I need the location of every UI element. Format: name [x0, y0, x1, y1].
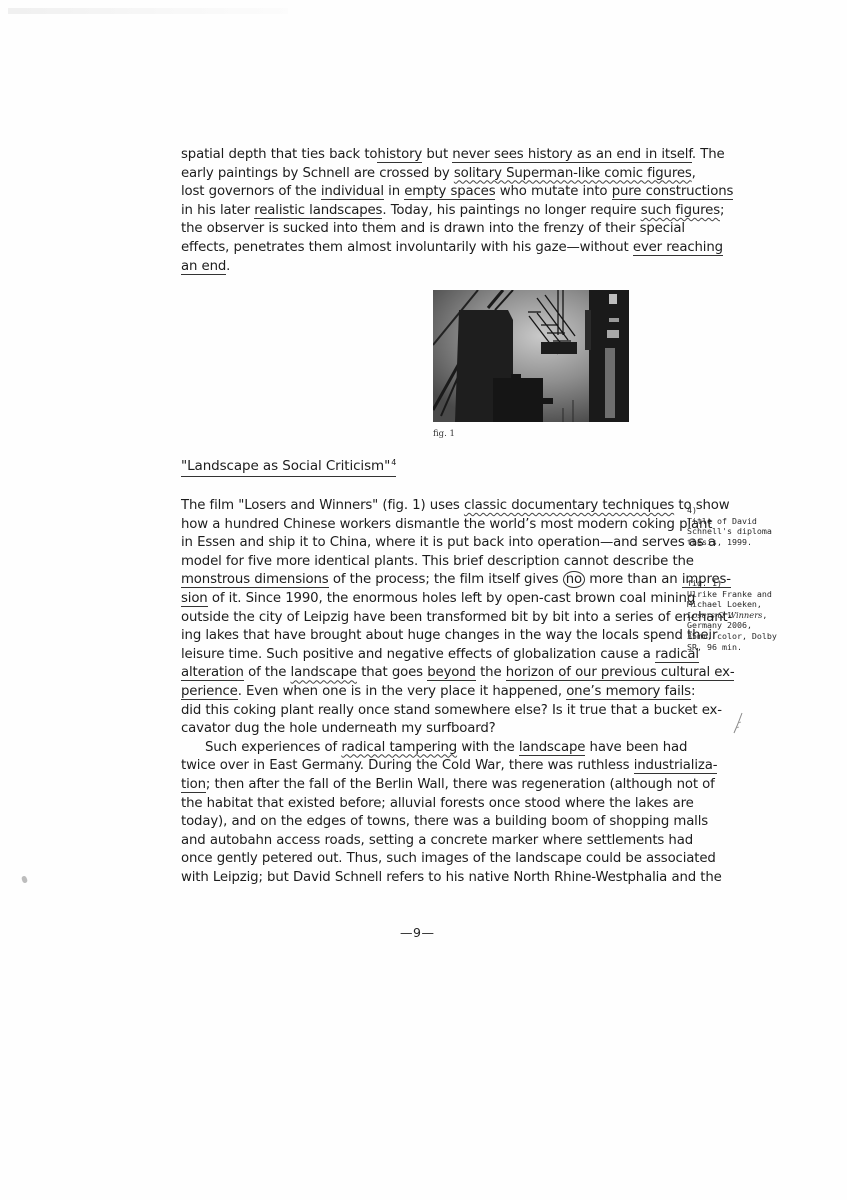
pencil-underline: industrializa- [634, 758, 718, 774]
pencil-wavy-underline: solitary Superman-like comic figures [454, 166, 692, 181]
coking-plant-photo-icon [433, 290, 629, 422]
text-line: the observer is sucked into them and is … [181, 220, 667, 239]
text-line: today), and on the edges of towns, there… [181, 813, 667, 832]
text-line: perience. Even when one is in the very p… [181, 683, 667, 702]
pencil-underline: sion [181, 591, 208, 607]
film-title: Losers & Winners [687, 610, 762, 620]
pencil-underline: one’s memory fails [566, 684, 691, 700]
figure-caption: fig. 1 [433, 429, 455, 439]
text-line: Such experiences of radical tampering wi… [181, 739, 667, 758]
pencil-wavy-underline: such figures [641, 203, 720, 218]
text-line: and autobahn access roads, setting a con… [181, 832, 667, 851]
pencil-underline: never sees history as an end in itself [452, 147, 692, 163]
pencil-circle-mark: no [563, 571, 585, 588]
text-line: how a hundred Chinese workers dismantle … [181, 516, 667, 535]
text-line: in his later realistic landscapes. Today… [181, 202, 667, 221]
pencil-underline: ever reaching [633, 240, 723, 256]
pencil-underline: landscape [519, 740, 585, 756]
pencil-underline: horizon of our previous cultural ex- [506, 665, 735, 681]
paragraph: The film "Losers and Winners" (fig. 1) u… [181, 497, 667, 887]
text-line: alteration of the landscape that goes be… [181, 664, 667, 683]
text-line: spatial depth that ties back tohistory b… [181, 146, 667, 165]
text-line: once gently petered out. Thus, such imag… [181, 850, 667, 869]
body-text-block-1: spatial depth that ties back tohistory b… [181, 146, 667, 276]
text-line: leisure time. Such positive and negative… [181, 646, 667, 665]
pencil-underline: empty spaces [404, 184, 495, 200]
pencil-underline: beyond [427, 665, 476, 681]
page-number: —9— [400, 925, 434, 940]
sidenote-fig-1: fig. 1) Ulrike Franke and Michael Loeken… [687, 578, 777, 652]
sidenote-footnote-4: 4) Title of David Schnell's diploma thes… [687, 505, 772, 547]
text-line: lost governors of the individual in empt… [181, 183, 667, 202]
text-line: The film "Losers and Winners" (fig. 1) u… [181, 497, 667, 516]
document-page: spatial depth that ties back tohistory b… [0, 0, 847, 1200]
scan-speck [21, 875, 28, 883]
text-line: cavator dug the hole underneath my surfb… [181, 720, 667, 739]
body-text-block-2: The film "Losers and Winners" (fig. 1) u… [181, 497, 667, 887]
text-line: tion; then after the fall of the Berlin … [181, 776, 667, 795]
pencil-underline: an end [181, 259, 226, 275]
pencil-underline: tion [181, 777, 206, 793]
pencil-underline: individual [321, 184, 384, 200]
footnote-ref: 4 [391, 458, 396, 467]
pencil-underline: perience [181, 684, 238, 700]
text-line: sion of it. Since 1990, the enormous hol… [181, 590, 667, 609]
section-heading: "Landscape as Social Criticism"4 [181, 458, 396, 477]
pencil-wavy-underline: classic documentary techniques [464, 498, 674, 513]
pencil-wavy-underline: landscape [291, 665, 357, 680]
pencil-scribble-icon [733, 712, 743, 734]
text-line: model for five more identical plants. Th… [181, 553, 667, 572]
sidenote-label: fig. 1) [687, 578, 722, 588]
pencil-underline: monstrous dimensions [181, 572, 329, 588]
text-line: early paintings by Schnell are crossed b… [181, 165, 667, 184]
text-line: monstrous dimensions of the process; the… [181, 571, 667, 590]
pencil-wavy-underline: radical tampering [341, 740, 457, 755]
figure-photo [433, 290, 629, 422]
text-line: an end. [181, 258, 667, 277]
text-line: ing lakes that have brought about huge c… [181, 627, 667, 646]
text-line: in Essen and ship it to China, where it … [181, 534, 667, 553]
text-line: did this coking plant really once stand … [181, 702, 667, 721]
text-line: with Leipzig; but David Schnell refers t… [181, 869, 667, 888]
sidenote-label: 4) [687, 505, 697, 515]
text-line: twice over in East Germany. During the C… [181, 757, 667, 776]
scan-showthrough [8, 8, 288, 14]
text-line: outside the city of Leipzig have been tr… [181, 609, 667, 628]
pencil-underline: alteration [181, 665, 244, 681]
pencil-underline: realistic landscapes [254, 203, 382, 219]
pencil-underline: pure constructions [612, 184, 734, 200]
text-line: the habitat that existed before; alluvia… [181, 795, 667, 814]
paragraph: spatial depth that ties back tohistory b… [181, 146, 667, 276]
text-line: effects, penetrates them almost involunt… [181, 239, 667, 258]
pencil-underline: history [377, 147, 422, 163]
